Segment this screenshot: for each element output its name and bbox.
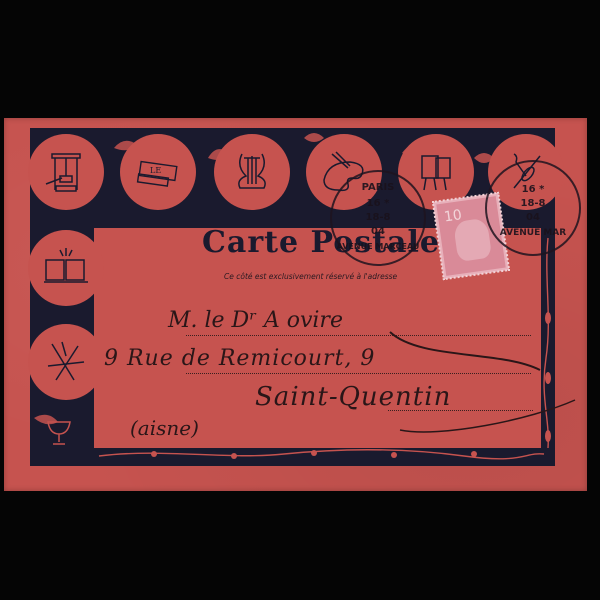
postmark-left-middle: 16 * bbox=[332, 198, 424, 209]
goblet-icon bbox=[44, 418, 74, 448]
open-book-icon bbox=[40, 242, 92, 294]
postmark-right-year: 04 bbox=[487, 212, 579, 223]
crossed-brushes-icon bbox=[40, 336, 92, 388]
postmark-left-year: 04 bbox=[332, 226, 424, 237]
medallion-crossed-brushes bbox=[28, 324, 104, 400]
handwriting-flourish-icon bbox=[380, 320, 580, 440]
postmark-left: PARIS 16 * 18-8 04 AVENUE MARCEAU bbox=[330, 170, 426, 266]
address-recipient: M. le Dʳ A ovire bbox=[168, 308, 343, 333]
address-street: 9 Rue de Remicourt, 9 bbox=[104, 346, 375, 371]
postmark-right-bottom: AVENUE MAR bbox=[487, 228, 579, 238]
stamp-figure-icon bbox=[453, 218, 492, 262]
medallion-open-book bbox=[28, 230, 104, 306]
postmark-left-bottom: AVENUE MARCEAU bbox=[332, 242, 424, 251]
postmark-left-date: 18-8 bbox=[332, 212, 424, 223]
postmark-right-date: 18-8 bbox=[487, 198, 579, 209]
postmark-right-middle: 16 * bbox=[487, 184, 579, 195]
lyre-icon bbox=[226, 146, 278, 198]
svg-text:LE: LE bbox=[150, 166, 161, 175]
medallion-printing-press bbox=[28, 134, 104, 210]
medallion-lyre bbox=[214, 134, 290, 210]
postmark-left-top: PARIS bbox=[332, 182, 424, 193]
books-icon: LE bbox=[132, 146, 184, 198]
postmark-right: 16 * 18-8 04 AVENUE MAR bbox=[485, 160, 581, 256]
postcard-subtitle: Ce côté est exclusivement réservé à l'ad… bbox=[224, 272, 397, 281]
medallion-books: LE bbox=[120, 134, 196, 210]
address-region: (aisne) bbox=[130, 416, 199, 440]
printing-press-icon bbox=[40, 146, 92, 198]
